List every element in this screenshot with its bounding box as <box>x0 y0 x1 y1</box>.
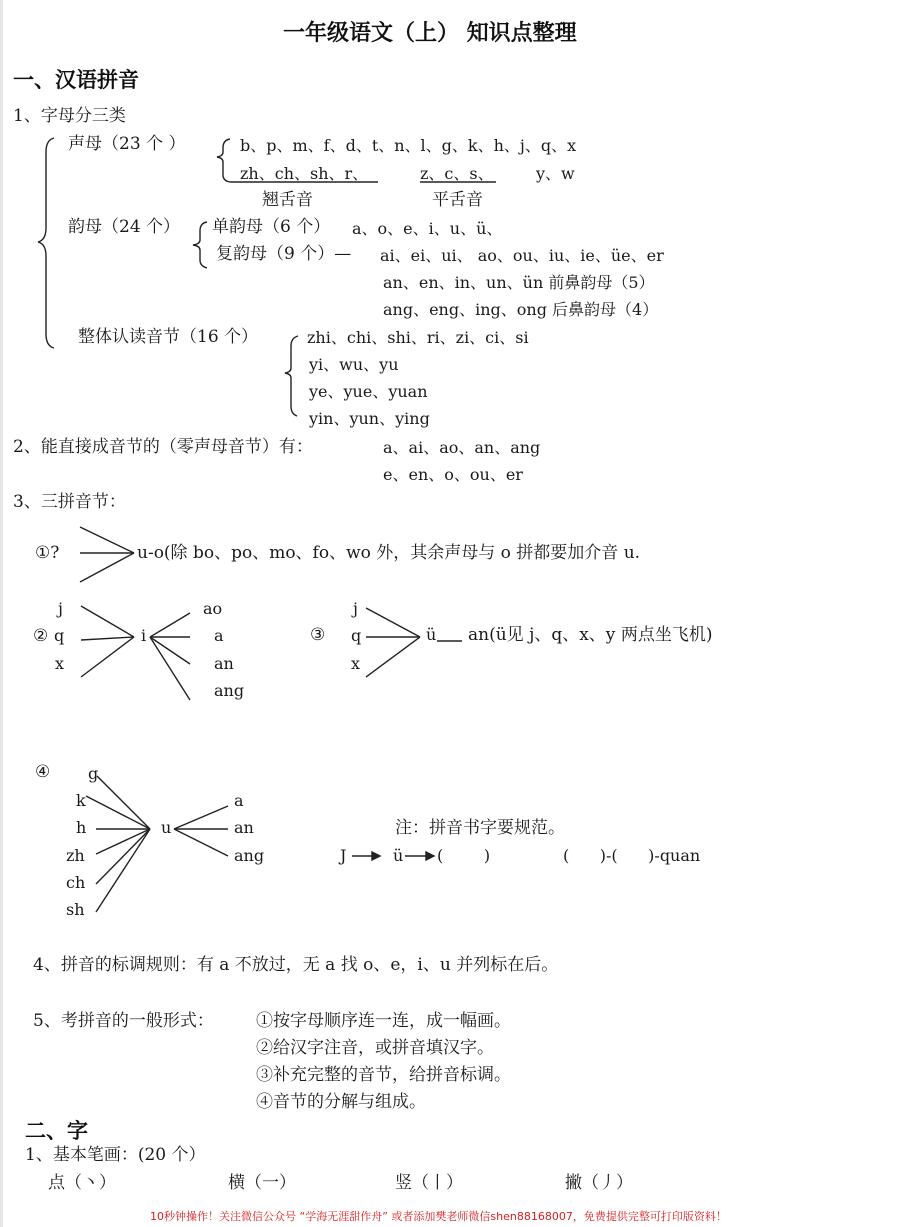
d2-center: i <box>141 628 146 644</box>
d4-right: an <box>234 820 254 836</box>
d2-right: a <box>214 628 224 644</box>
stroke-item: 撇（丿） <box>565 1175 633 1192</box>
d2-left: j <box>58 601 63 617</box>
pingshe-label: 平舌音 <box>432 192 483 209</box>
d1-line <box>80 527 134 553</box>
brace-yunmu <box>193 222 207 268</box>
danyunmu-values: a、o、e、i、u、ü、 <box>352 221 502 237</box>
d3-center: ü <box>426 627 436 643</box>
shengmu-pingshe: z、c、s、 <box>420 166 494 182</box>
note-text: 注：拼音书字要规范。 <box>395 820 565 837</box>
diagram1-marker: ①? <box>35 545 59 562</box>
item4-label: 4、拼音的标调规则：有 a 不放过，无 a 找 o、e，i、u 并列标在后。 <box>33 957 558 974</box>
exercise-mid: ü <box>393 848 403 864</box>
d3-marker: ③ <box>310 627 325 644</box>
d2-left: q <box>54 628 64 644</box>
section-heading-pinyin: 一、汉语拼音 <box>13 70 139 91</box>
section2-item1-label: 1、基本笔画：(20 个） <box>25 1147 205 1164</box>
stroke-item: 竖（丨） <box>395 1175 463 1192</box>
brace-main <box>38 138 54 348</box>
d2-right: ang <box>214 683 244 699</box>
item2-label: 2、能直接成音节的（零声母音节）有： <box>13 439 313 456</box>
d4-left: h <box>76 820 86 836</box>
d3-left: q <box>351 628 361 644</box>
d2-right: an <box>214 656 234 672</box>
stroke-item: 点（丶） <box>48 1175 116 1192</box>
danyunmu-label: 单韵母（6 个） <box>212 219 330 236</box>
qianbi-yunmu: an、en、in、un、ün 前鼻韵母（5） <box>383 275 655 291</box>
zhengti-label: 整体认读音节（16 个） <box>78 329 258 346</box>
zhengti-row: ye、yue、yuan <box>309 384 428 400</box>
item5-form: ②给汉字注音，或拼音填汉字。 <box>256 1040 494 1057</box>
item5-label: 5、考拼音的一般形式： <box>33 1013 214 1030</box>
shengmu-qiaoshe: zh、ch、sh、r、 <box>240 166 368 182</box>
shengmu-row1: b、p、m、f、d、t、n、l、g、k、h、j、q、x <box>240 138 576 154</box>
stroke-item: 横（一） <box>228 1175 296 1192</box>
zhengti-row: yin、yun、ying <box>309 411 430 427</box>
d1-line <box>80 553 134 582</box>
shengmu-label: 声母（23 个 ） <box>68 136 185 153</box>
d2-marker: ② <box>33 628 48 645</box>
exercise-blank1: ( ) <box>437 848 490 864</box>
fuyunmu-values: ai、ei、ui、 ao、ou、iu、ie、üe、er <box>380 248 664 264</box>
exercise-blank2: ( )-( )-quan <box>563 848 700 864</box>
d4-left: sh <box>66 902 85 918</box>
item2-row2: e、en、o、ou、er <box>383 467 523 483</box>
zhengti-row: yi、wu、yu <box>309 357 399 373</box>
d2-left: x <box>55 656 64 672</box>
page-title: 一年级语文（上） 知识点整理 <box>283 23 577 45</box>
d4-left: ch <box>66 875 85 891</box>
yunmu-label: 韵母（24 个） <box>68 219 180 236</box>
d4-right: ang <box>234 848 264 864</box>
shengmu-yw: y、w <box>536 166 575 182</box>
fuyunmu-label: 复韵母（9 个）— <box>216 246 351 263</box>
item1-label: 1、字母分三类 <box>13 108 126 125</box>
item2-row1: a、ai、ao、an、ang <box>383 440 540 456</box>
d2-right: ao <box>203 601 222 617</box>
d4-right: a <box>234 793 244 809</box>
qiaoshe-label: 翘舌音 <box>262 192 313 209</box>
d4-left: zh <box>66 848 85 864</box>
zhengti-row: zhi、chi、shi、ri、zi、ci、si <box>307 330 529 346</box>
d4-marker: ④ <box>35 764 50 781</box>
item5-form: ④音节的分解与组成。 <box>256 1094 426 1111</box>
page-edge <box>0 0 3 1227</box>
houbi-yunmu: ang、eng、ing、ong 后鼻韵母（4） <box>383 302 658 318</box>
exercise-start: J <box>340 848 346 864</box>
brace-zhengti <box>285 336 298 416</box>
section-heading-zi: 二、字 <box>25 1121 88 1142</box>
d3-text: an(ü见 j、q、x、y 两点坐飞机) <box>468 627 712 644</box>
d4-left: k <box>76 793 86 809</box>
d4-left: g <box>88 766 98 782</box>
item5-form: ①按字母顺序连一连，成一幅画。 <box>256 1013 511 1030</box>
d3-left: j <box>353 601 358 617</box>
d3-left: x <box>351 656 360 672</box>
d4-center: u <box>161 820 171 836</box>
item3-label: 3、三拼音节： <box>13 494 126 511</box>
footer-notice: 10秒钟操作！关注微信公众号 “学海无涯甜作舟” 或者添加樊老师微信shen88… <box>150 1211 727 1222</box>
item5-form: ③补充完整的音节，给拼音标调。 <box>256 1067 511 1084</box>
diagram1-text: u-o(除 bo、po、mo、fo、wo 外，其余声母与 o 拼都要加介音 u. <box>137 545 640 562</box>
